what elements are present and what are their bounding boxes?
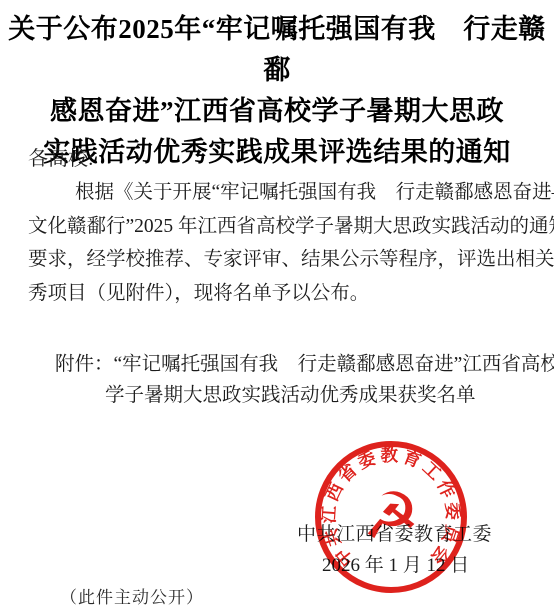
title-line-2: 感恩奋进”江西省高校学子暑期大思政 [0,91,554,132]
attachment-text: “牢记嘱托强国有我 行走赣鄱感恩奋进”江西省高校 [114,354,554,375]
body-line: 要求，经学校推荐、专家评审、结果公示等程序，评选出相关优 [28,243,536,277]
body-line: 秀项目（见附件），现将名单予以公布。 [28,277,536,311]
attachment-section: 附件：“牢记嘱托强国有我 行走赣鄱感恩奋进”江西省高校 学子暑期大思政实践活动优… [55,350,554,411]
footer-disclosure-note: （此件主动公开） [60,583,204,608]
salutation: 各高校: [28,147,94,171]
attachment-line-1: 附件：“牢记嘱托强国有我 行走赣鄱感恩奋进”江西省高校 [55,350,554,381]
body-line: 根据《关于开展“牢记嘱托强国有我 行走赣鄱感恩奋进—— [28,176,536,210]
signature-organization: 中共江西省委教育工委 [297,519,492,546]
attachment-label: 附件： [55,354,114,375]
attachment-line-2: 学子暑期大思政实践活动优秀成果获奖名单 [55,381,554,412]
title-line-1: 关于公布2025年“牢记嘱托强国有我 行走赣鄱 [0,9,554,91]
body-line: 文化赣鄱行”2025 年江西省高校学子暑期大思政实践活动的通知》 [28,210,536,244]
signature-date: 2026 年 1 月 12 日 [322,550,469,577]
official-notice-document: 关于公布2025年“牢记嘱托强国有我 行走赣鄱 感恩奋进”江西省高校学子暑期大思… [0,0,554,613]
body-paragraph: 根据《关于开展“牢记嘱托强国有我 行走赣鄱感恩奋进—— 文化赣鄱行”2025 年… [28,176,536,310]
